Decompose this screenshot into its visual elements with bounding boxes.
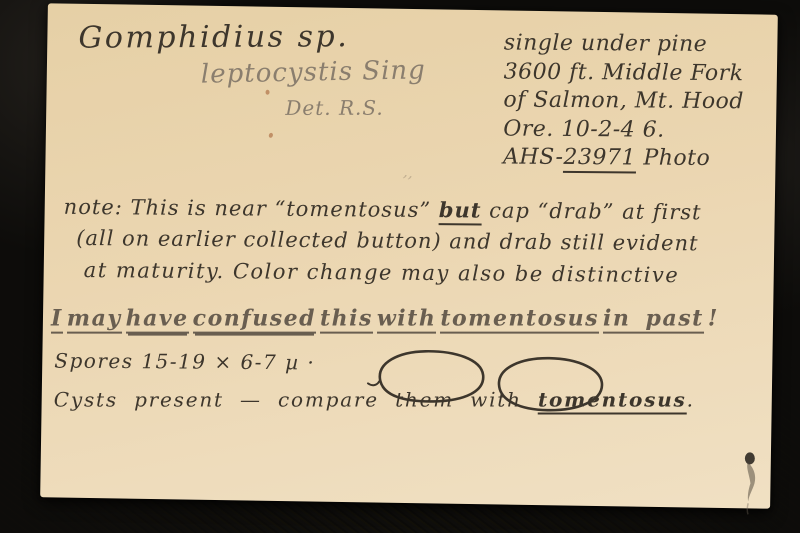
collection-block: single under pine 3600 ft. Middle Fork o… — [503, 30, 744, 174]
cystidia-post: . — [687, 387, 695, 411]
confession-word: may — [67, 306, 122, 334]
ink-smudge-blot — [745, 452, 755, 464]
foxing-spot — [268, 132, 274, 138]
cystidia-tomentosus: tomentosus — [538, 387, 687, 414]
collection-number-prefix: AHS- — [503, 145, 564, 170]
confession-word: have — [126, 306, 189, 334]
species-epithet: leptocystis Sing — [201, 55, 426, 89]
note-line-1: note: This is near “tomentosus” but cap … — [64, 194, 702, 225]
confession-word: I — [51, 306, 63, 334]
note-line-1-but: but — [439, 197, 482, 225]
date-line: Ore. 10-2-4 6. — [503, 115, 744, 145]
specimen-card: Gomphidius sp. leptocystis Sing Det. R.S… — [40, 3, 778, 508]
note-line-3: at maturity. Color change may also be di… — [84, 258, 680, 287]
habitat-line: single under pine — [504, 30, 745, 60]
ink-smudge — [739, 451, 764, 517]
confession-word: confused — [193, 306, 316, 334]
collection-number-suffix: Photo — [643, 145, 710, 170]
locality-line: of Salmon, Mt. Hood — [503, 87, 744, 117]
note-line-1-pre: note: This is near “tomentosus” — [64, 195, 439, 222]
collection-number: 23971 — [563, 145, 636, 174]
note-line-1-post: cap “drab” at first — [481, 198, 701, 224]
photo-black-background: Gomphidius sp. leptocystis Sing Det. R.S… — [0, 0, 800, 533]
ink-smudge-tail — [747, 503, 748, 514]
spore-measurement: Spores 15-19 × 6-7 µ · — [54, 349, 315, 375]
confession-exclamation: ! — [708, 306, 719, 332]
cystidia-pre: Cysts present — compare them with — [54, 387, 538, 411]
ink-smudge-streak — [747, 462, 756, 501]
note-line-2: (all on earlier collected button) and dr… — [76, 226, 698, 255]
faint-pencil-smudge: ’’ — [399, 171, 413, 192]
foxing-spot — [266, 90, 270, 95]
spore-sketch-tick — [368, 381, 379, 385]
determiner: Det. R.S. — [285, 96, 383, 120]
collection-number-line: AHS-23971 Photo — [503, 144, 744, 174]
confession-word: this — [320, 306, 373, 334]
cystidia-line: Cysts present — compare them with toment… — [54, 387, 695, 411]
elevation-line: 3600 ft. Middle Fork — [504, 58, 745, 88]
species-title: Gomphidius sp. — [78, 19, 349, 55]
confession-word: in past — [603, 306, 704, 334]
confession-word: with — [377, 306, 436, 334]
confession-word: tomentosus — [440, 306, 599, 334]
confession-line: Imayhaveconfusedthiswithtomentosusin pas… — [51, 306, 719, 332]
